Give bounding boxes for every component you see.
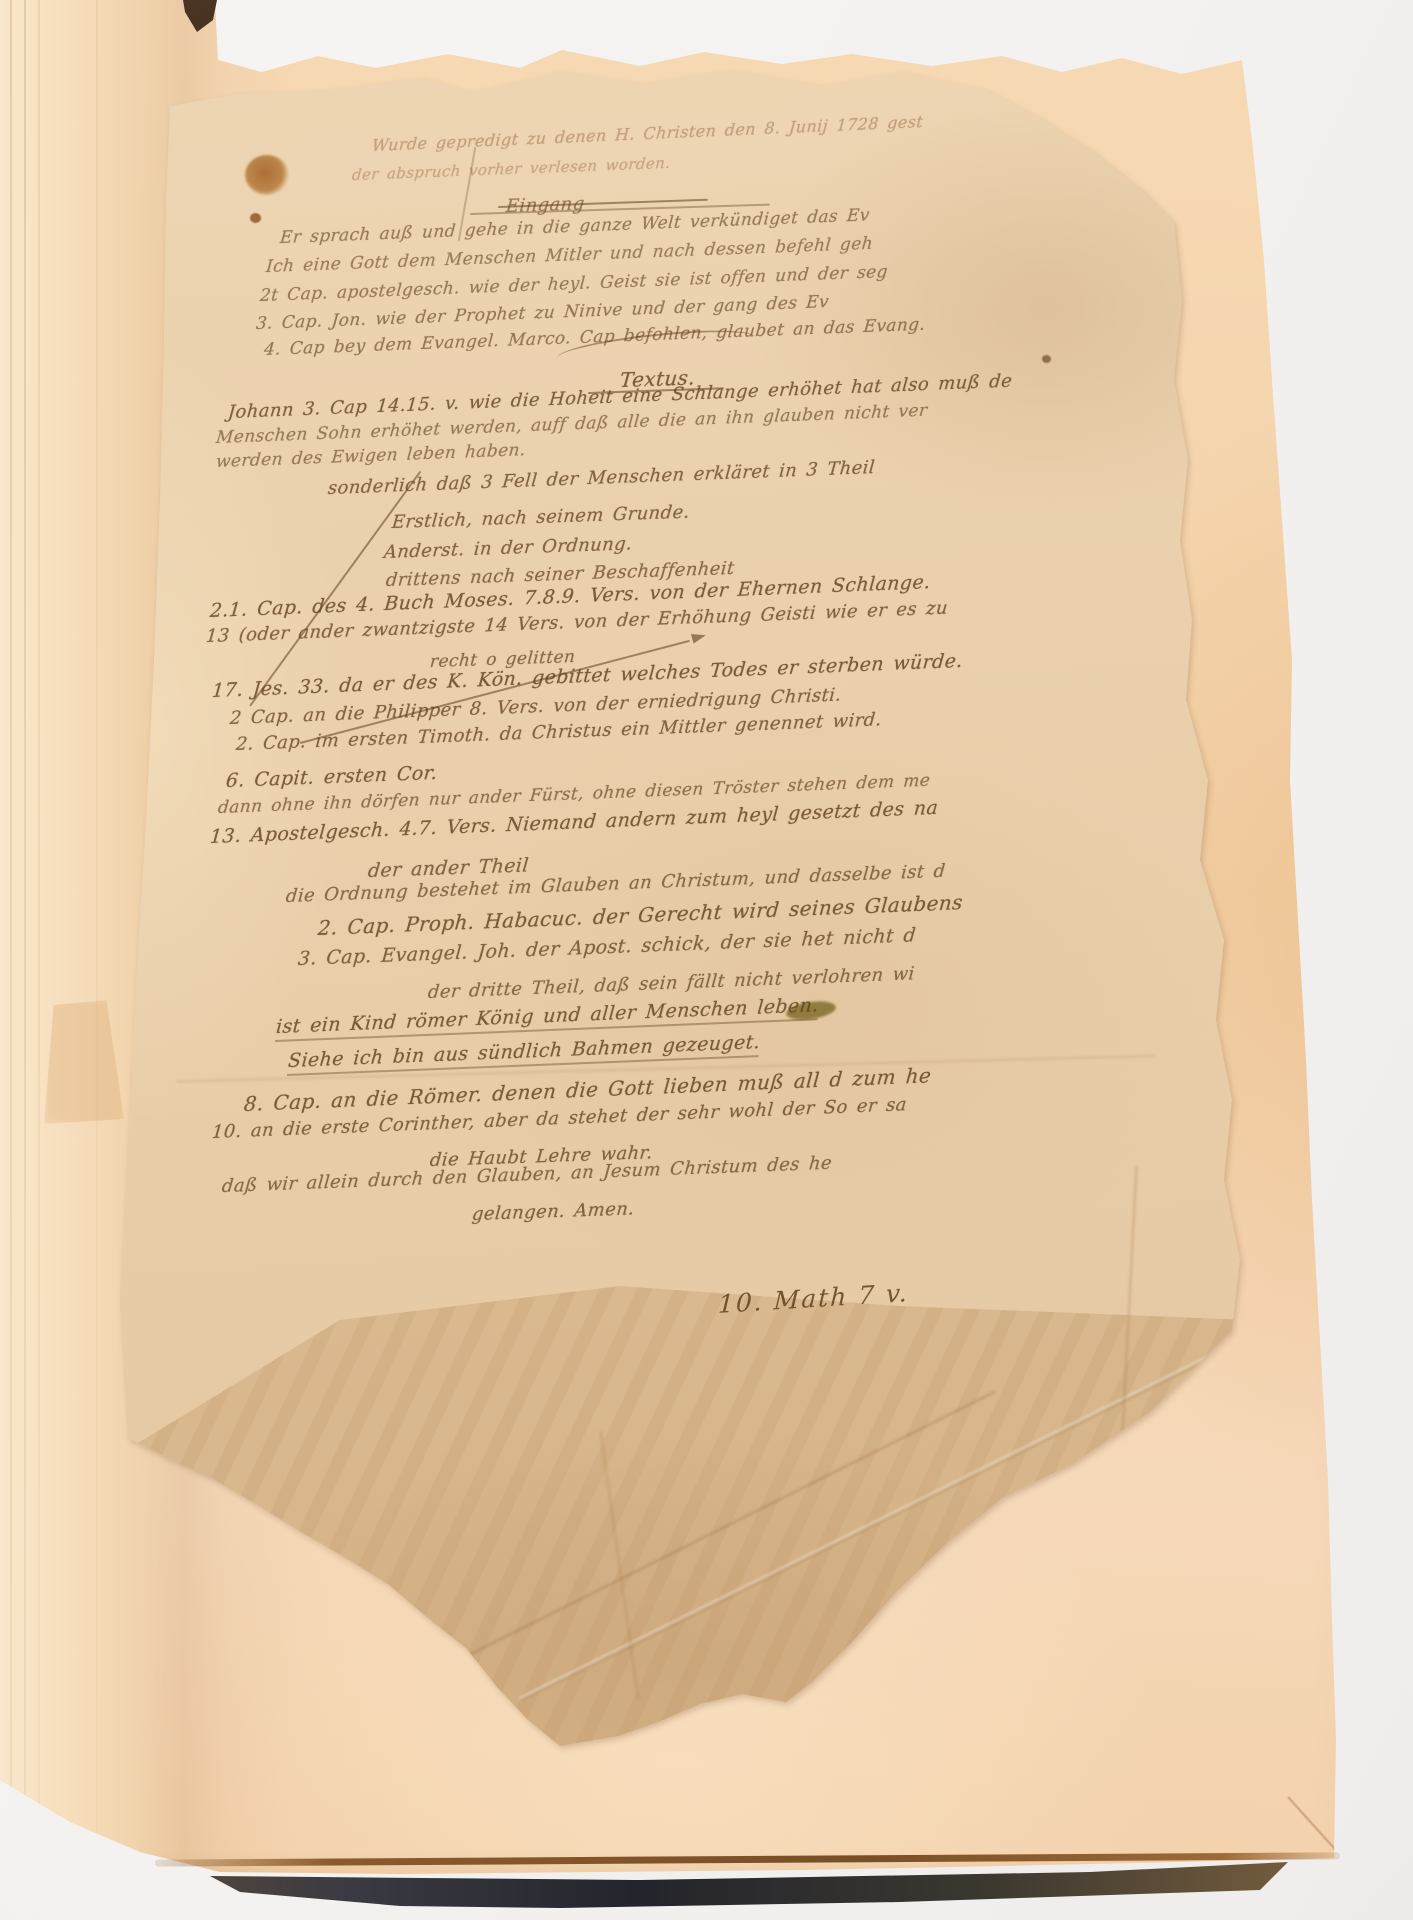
pen-arrowhead (691, 630, 707, 643)
manuscript-line: Erstlich, nach seinem Grunde. (391, 502, 691, 533)
marginal-note: 10. Math 7 v. (718, 1278, 910, 1319)
manuscript-photo: 10. Math 7 v. Wurde gepredigt zu denen H… (0, 0, 1413, 1920)
manuscript-line: der dritte Theil, daß sein fällt nicht v… (427, 963, 915, 1003)
manuscript-line: Eingang (505, 193, 585, 217)
handwriting-layer: 10. Math 7 v. Wurde gepredigt zu denen H… (0, 0, 1413, 1920)
manuscript-line: Anderst. in der Ordnung. (383, 533, 633, 563)
manuscript-leaf: 10. Math 7 v. Wurde gepredigt zu denen H… (0, 0, 1413, 1920)
manuscript-line: Wurde gepredigt zu denen H. Christen den… (371, 112, 924, 155)
manuscript-line: gelangen. Amen. (471, 1198, 635, 1225)
manuscript-leaf-wrap: 10. Math 7 v. Wurde gepredigt zu denen H… (0, 0, 1413, 1920)
manuscript-line: der abspruch vorher verlesen worden. (351, 154, 671, 184)
manuscript-line: 6. Capit. ersten Cor. (225, 762, 438, 792)
